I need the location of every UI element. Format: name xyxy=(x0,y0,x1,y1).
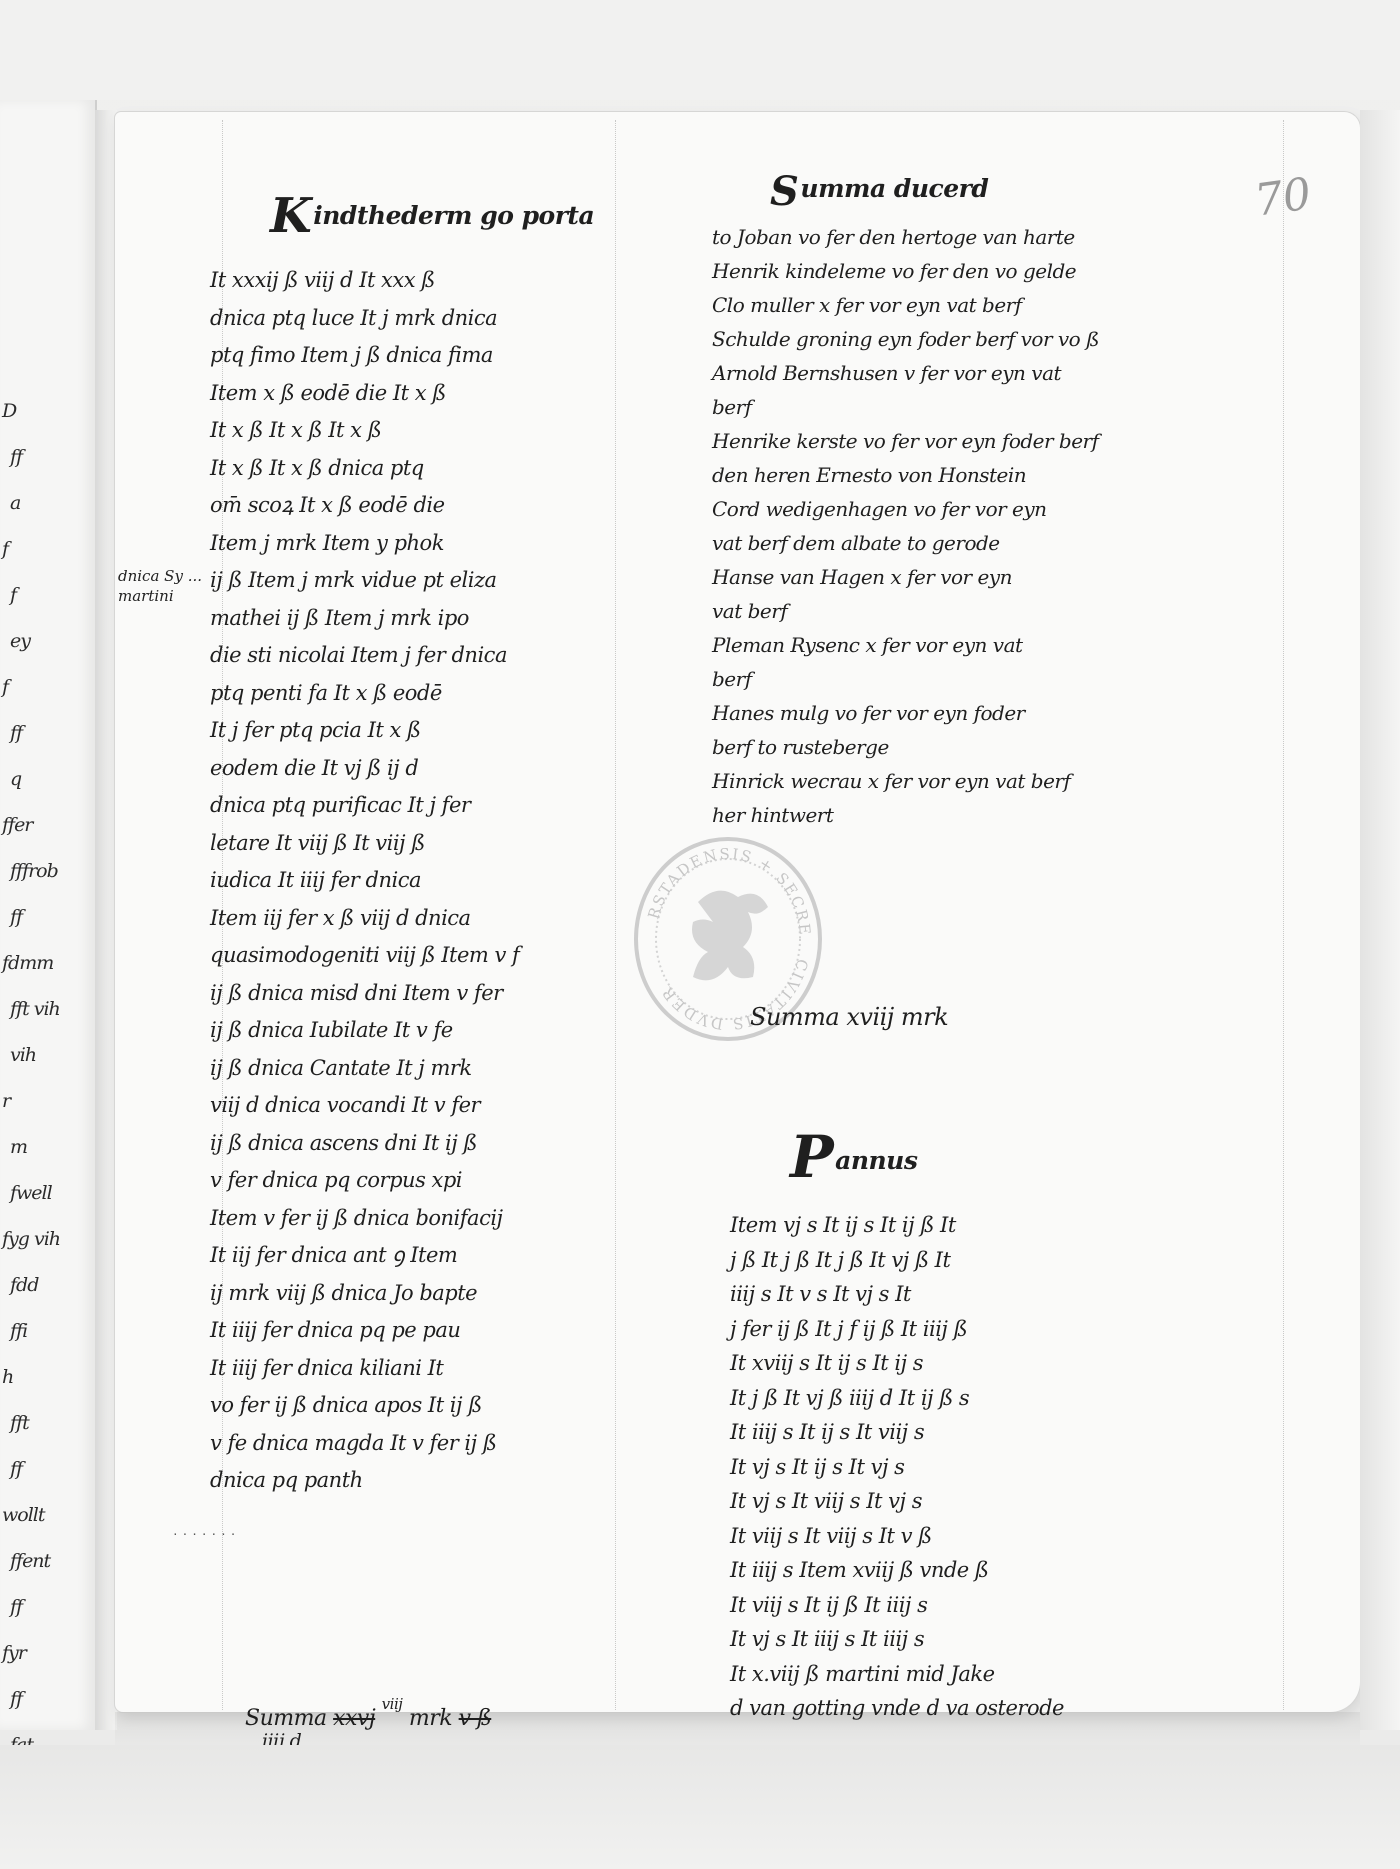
superscript-correction: viij xyxy=(382,1695,403,1713)
left-column-heading: Kindthederm go porta xyxy=(270,192,594,240)
facing-page-fragment: h xyxy=(2,1366,13,1388)
stray-mark: ······· xyxy=(172,1528,239,1541)
left-column-entries: It xxxij ß viij d It xxx ßdnica ptq luce… xyxy=(210,262,680,1500)
facing-page-fragment: f xyxy=(2,538,8,560)
book-gutter xyxy=(95,110,117,1730)
ledger-line: iudica It iiij fer dnica xyxy=(210,862,680,900)
ledger-line: It x ß It x ß It x ß xyxy=(210,412,680,450)
facing-page-fragment: ffer xyxy=(2,814,32,836)
facing-page-fragment: a xyxy=(10,492,20,514)
scan-top-margin xyxy=(0,0,1400,100)
ledger-line: Schulde groning eyn foder berf vor vo ß xyxy=(712,322,1292,356)
ledger-line: eodem die It vj ß ij d xyxy=(210,750,680,788)
facing-page-fragment: fwell xyxy=(10,1182,52,1204)
ledger-line: ptq penti fa It x ß eodē xyxy=(210,675,680,713)
facing-page-fragment: wollt xyxy=(2,1504,45,1526)
ledger-line: den heren Ernesto von Honstein xyxy=(712,458,1292,492)
facing-page-fragment: ff xyxy=(10,722,22,744)
facing-page-fragment: ey xyxy=(10,630,30,652)
ledger-line: Henrik kindeleme vo fer den vo gelde xyxy=(712,254,1292,288)
facing-page-fragment: f xyxy=(2,676,8,698)
ledger-line: It iiij fer dnica pq pe pau xyxy=(210,1312,680,1350)
pannus-heading-text: annus xyxy=(835,1146,917,1175)
ledger-line: berf to rusteberge xyxy=(712,730,1292,764)
ledger-line: vat berf xyxy=(712,594,1292,628)
facing-page-fragment: ffent xyxy=(10,1550,50,1572)
ledger-line: ptq fimo Item j ß dnica fima xyxy=(210,337,680,375)
decorated-initial: K xyxy=(270,188,311,244)
folio-number: 70 xyxy=(1252,168,1315,226)
facing-page-fragment: D xyxy=(2,400,16,422)
ledger-line: It iiij s Item xviij ß vnde ß xyxy=(730,1553,1250,1588)
ledger-line: ij ß dnica misd dni Item v fer xyxy=(210,975,680,1013)
ledger-line: die sti nicolai Item j fer dnica xyxy=(210,637,680,675)
facing-page-fragment: fft vih xyxy=(10,998,60,1020)
ledger-line: ij ß dnica Cantate It j mrk xyxy=(210,1050,680,1088)
ledger-line: It iij fer dnica ant ꝯ Item xyxy=(210,1237,680,1275)
decorated-initial: P xyxy=(790,1123,833,1191)
ledger-line: dnica pq panth xyxy=(210,1462,680,1500)
ledger-line: to Joban vo fer den hertoge van harte xyxy=(712,220,1292,254)
facing-page-fragment: m xyxy=(10,1136,27,1158)
ledger-line: Cord wedigenhagen vo fer vor eyn xyxy=(712,492,1292,526)
page-edge-right xyxy=(1360,110,1400,1730)
ledger-line: It iiij fer dnica kiliani It xyxy=(210,1350,680,1388)
ledger-line: j fer ij ß It j f ij ß It iiij ß xyxy=(730,1312,1250,1347)
facing-page-fragment: fdd xyxy=(10,1274,38,1296)
ledger-line: Clo muller x fer vor eyn vat berf xyxy=(712,288,1292,322)
decorated-initial: S xyxy=(770,168,798,215)
ledger-line: It vj s It viij s It vj s xyxy=(730,1484,1250,1519)
facing-page-fragment: fffrob xyxy=(10,860,58,882)
ledger-line: Henrike kerste vo fer vor eyn foder berf xyxy=(712,424,1292,458)
ledger-line: Hanse van Hagen x fer vor eyn xyxy=(712,560,1292,594)
ledger-line: It vj s It iiij s It iiij s xyxy=(730,1622,1250,1657)
ledger-line: berf xyxy=(712,662,1292,696)
facing-page-fragment: ff xyxy=(10,1596,22,1618)
facing-page-fragment: vih xyxy=(10,1044,36,1066)
facing-page-fragment: ff xyxy=(10,1458,22,1480)
ledger-line: It xviij s It ij s It ij s xyxy=(730,1346,1250,1381)
ledger-line: Item x ß eodē die It x ß xyxy=(210,375,680,413)
ledger-line: It x ß It x ß dnica ptq xyxy=(210,450,680,488)
ledger-line: It iiij s It ij s It viij s xyxy=(730,1415,1250,1450)
ledger-line: It j fer ptq pcia It x ß xyxy=(210,712,680,750)
ledger-line: ij ß Item j mrk vidue pt eliza xyxy=(210,562,680,600)
ledger-line: iiij s It v s It vj s It xyxy=(730,1277,1250,1312)
ledger-line: vat berf dem albate to gerode xyxy=(712,526,1292,560)
ledger-line: om̄ scoꝝ It x ß eodē die xyxy=(210,487,680,525)
ledger-line: Item v fer ij ß dnica bonifacij xyxy=(210,1200,680,1238)
facing-page-fragment: fyg vih xyxy=(2,1228,60,1250)
ledger-line: It viij s It viij s It v ß xyxy=(730,1519,1250,1554)
facing-page-fragment: r xyxy=(2,1090,10,1112)
pannus-entries: Item vj s It ij s It ij ß Itj ß It j ß I… xyxy=(730,1208,1250,1726)
ledger-line: ij ß dnica Iubilate It v fe xyxy=(210,1012,680,1050)
right-summation: Summa xviij mrk xyxy=(750,1003,948,1031)
ledger-line: Pleman Rysenc x fer vor eyn vat xyxy=(712,628,1292,662)
ledger-line: Hanes mulg vo fer vor eyn foder xyxy=(712,696,1292,730)
facing-page-fragment: fyr xyxy=(2,1642,26,1664)
right-column-entries: to Joban vo fer den hertoge van harteHen… xyxy=(712,220,1292,832)
ledger-line: quasimodogeniti viij ß Item v f xyxy=(210,937,680,975)
ledger-line: v fe dnica magda It v fer ij ß xyxy=(210,1425,680,1463)
ledger-line: Item vj s It ij s It ij ß It xyxy=(730,1208,1250,1243)
facing-page: Dffaffeyfffqfferfffrobfffdmmfft vihvihrm… xyxy=(0,100,97,1730)
ledger-line: Hinrick wecrau x fer vor eyn vat berf xyxy=(712,764,1292,798)
facing-page-fragment: fft xyxy=(10,1412,29,1434)
ledger-line: Item iij fer x ß viij d dnica xyxy=(210,900,680,938)
ledger-line: letare It viij ß It viij ß xyxy=(210,825,680,863)
ledger-line: her hintwert xyxy=(712,798,1292,832)
ledger-line: viij d dnica vocandi It v fer xyxy=(210,1087,680,1125)
ledger-line: vo fer ij ß dnica apos It ij ß xyxy=(210,1387,680,1425)
facing-page-fragment: q xyxy=(10,768,21,790)
ledger-line: berf xyxy=(712,390,1292,424)
ledger-line: It x.viij ß martini mid Jake xyxy=(730,1657,1250,1692)
ledger-line: Arnold Bernshusen v fer vor eyn vat xyxy=(712,356,1292,390)
ledger-line: dnica ptq purificac It j fer xyxy=(210,787,680,825)
pannus-heading: Pannus xyxy=(790,1128,917,1186)
ledger-line: v fer dnica pq corpus xpi xyxy=(210,1162,680,1200)
right-column-heading-text: umma ducerd xyxy=(800,174,988,203)
ledger-line: It xxxij ß viij d It xxx ß xyxy=(210,262,680,300)
ledger-line: It j ß It vj ß iiij d It ij ß s xyxy=(730,1381,1250,1416)
margin-note-line: dnica Sy ... xyxy=(118,566,202,586)
margin-note-line: martini xyxy=(118,586,202,606)
facing-page-fragment: ffi xyxy=(10,1320,27,1342)
left-column-heading-text: indthederm go porta xyxy=(313,201,594,230)
facing-page-fragment: f xyxy=(10,584,16,606)
ledger-line: ij ß dnica ascens dni It ij ß xyxy=(210,1125,680,1163)
ledger-line: ij mrk viij ß dnica Jo bapte xyxy=(210,1275,680,1313)
facing-page-fragment: ff xyxy=(10,1688,22,1710)
ledger-line: It vj s It ij s It vj s xyxy=(730,1450,1250,1485)
ledger-line: dnica ptq luce It j mrk dnica xyxy=(210,300,680,338)
facing-page-fragment: ff xyxy=(10,446,22,468)
ledger-line: It viij s It ij ß It iiij s xyxy=(730,1588,1250,1623)
facing-page-fragment: ff xyxy=(10,906,22,928)
margin-note: dnica Sy ... martini xyxy=(118,566,202,606)
ledger-line: mathei ij ß Item j mrk ipo xyxy=(210,600,680,638)
ledger-line: j ß It j ß It j ß It vj ß It xyxy=(730,1243,1250,1278)
ledger-line: Item j mrk Item y phok xyxy=(210,525,680,563)
facing-page-fragment: fdmm xyxy=(2,952,53,974)
scan-bottom-margin xyxy=(0,1745,1400,1869)
right-column-heading: Summa ducerd xyxy=(770,172,988,212)
